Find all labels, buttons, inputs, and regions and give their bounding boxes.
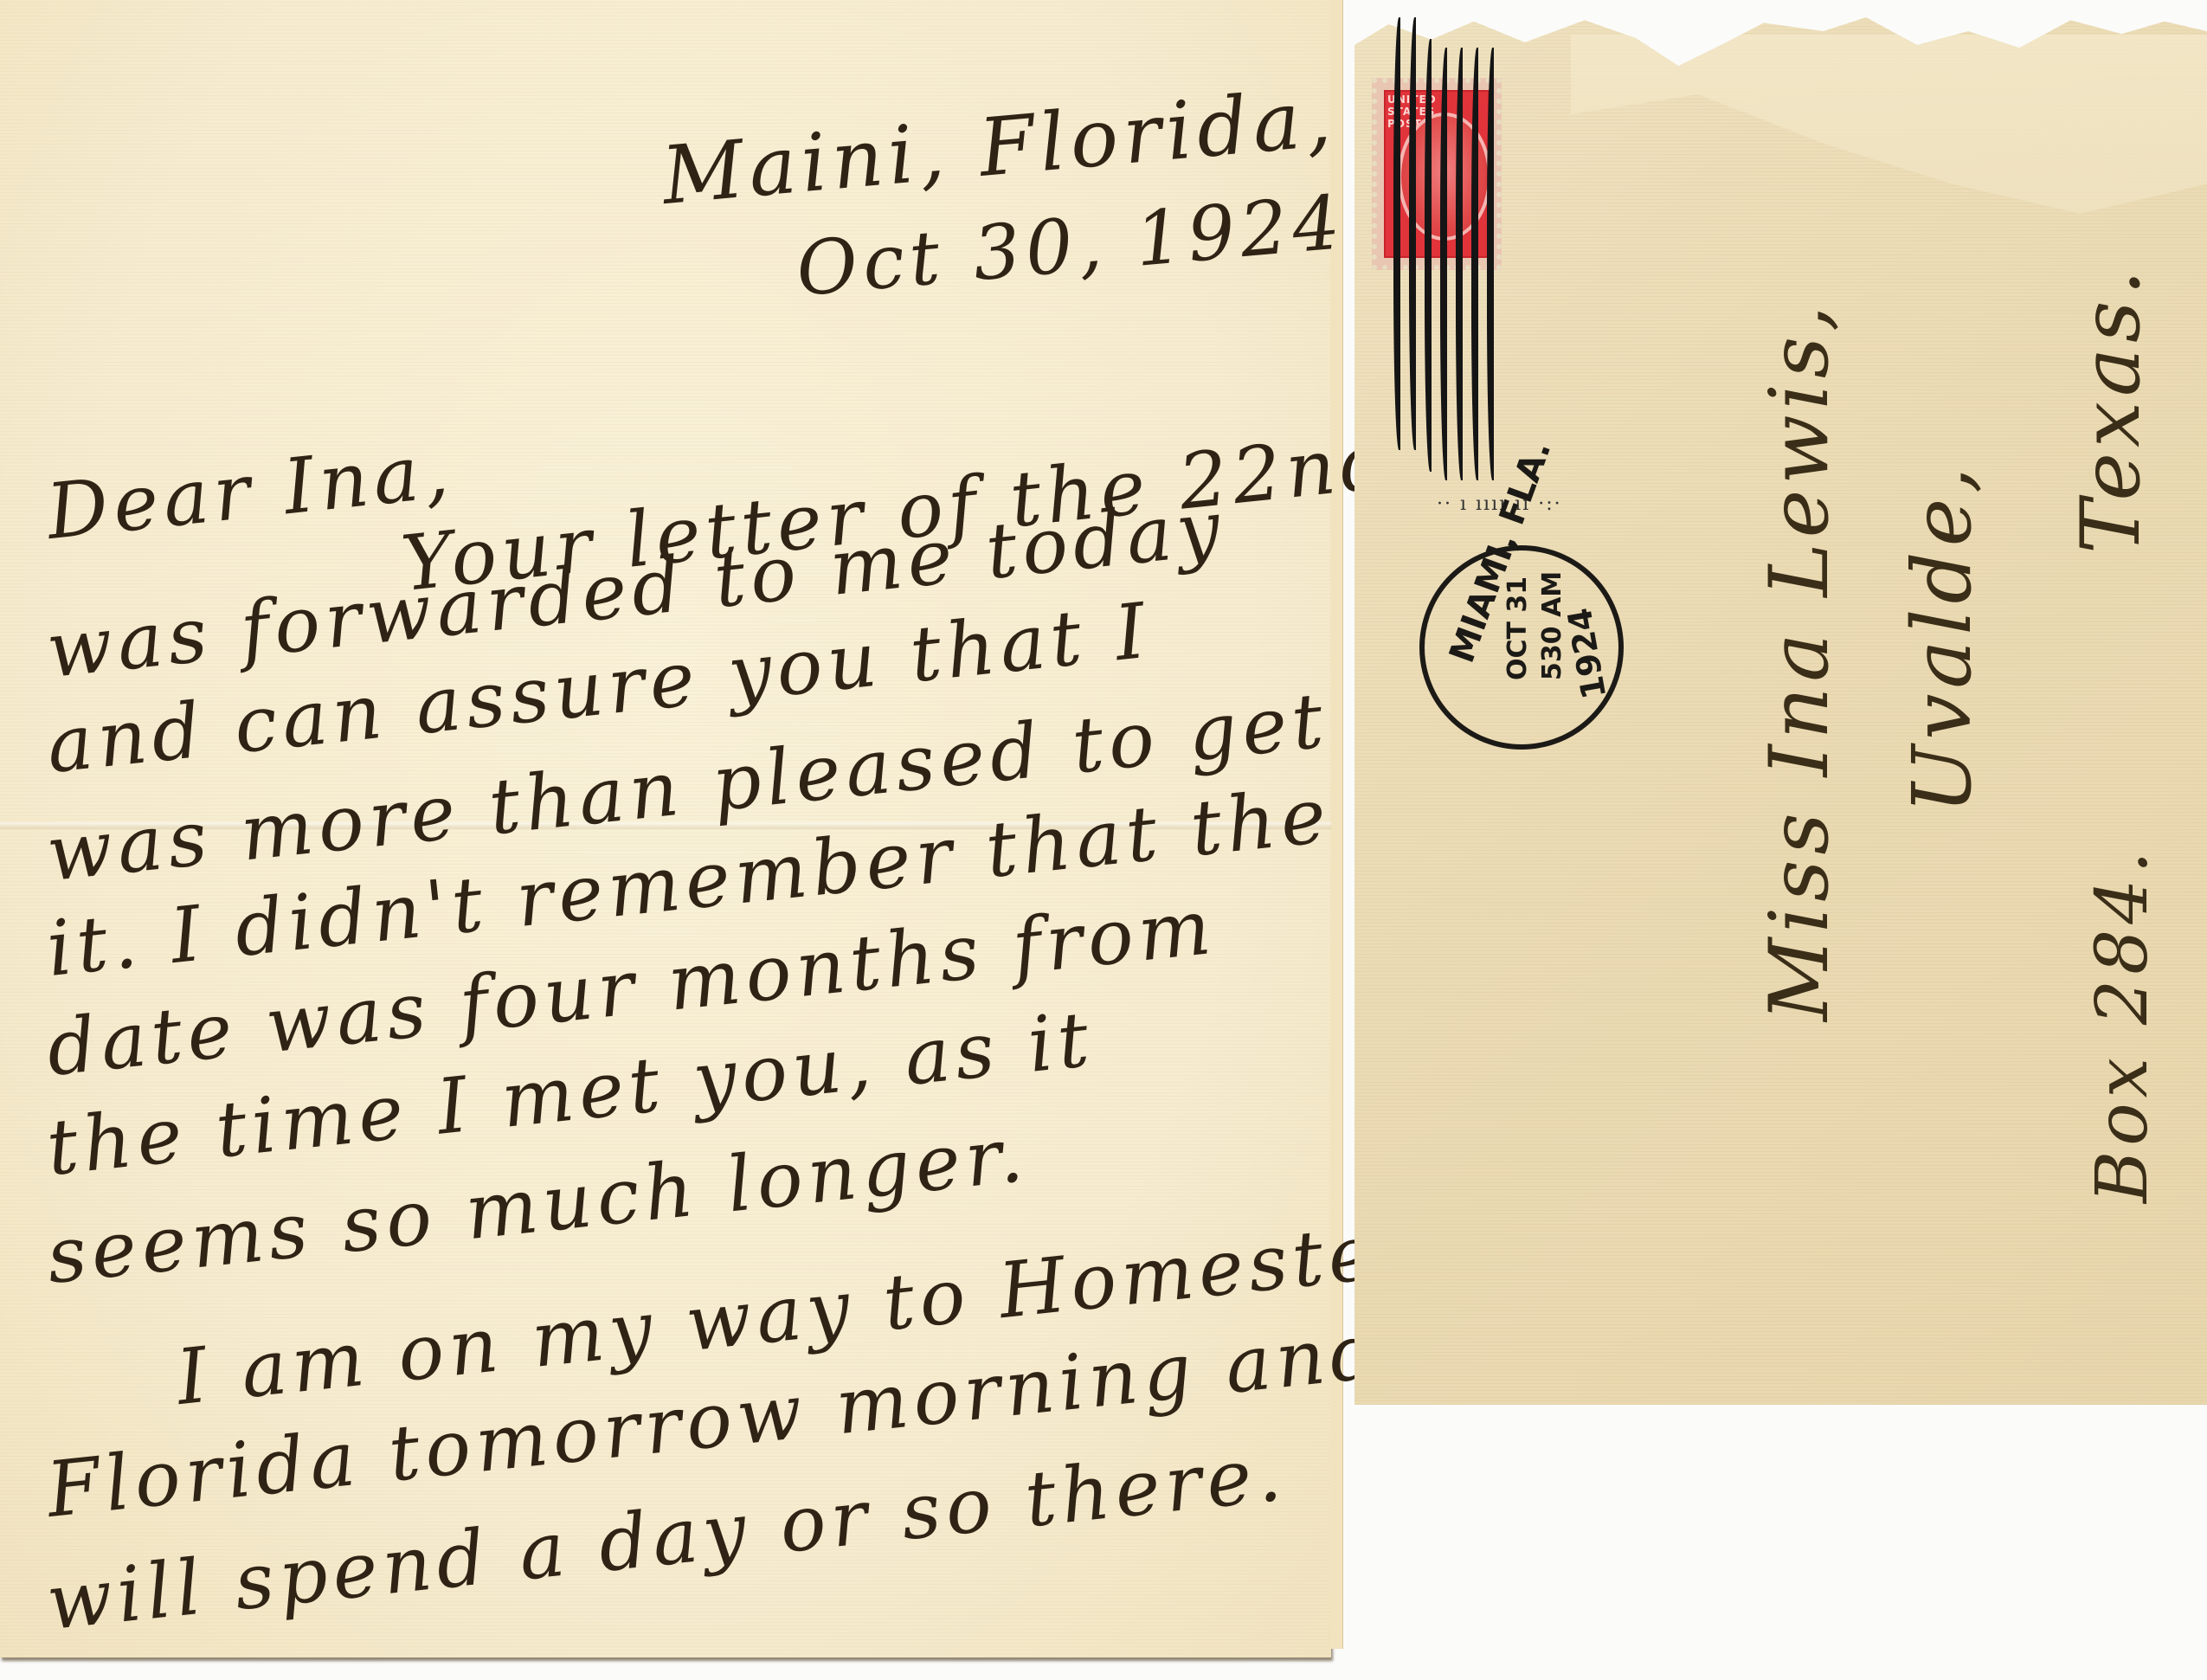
address-city: Uvalde, xyxy=(1895,462,1990,814)
cancellation-line xyxy=(1487,48,1501,480)
cancellation-line xyxy=(1425,39,1438,472)
address-state: Texas. xyxy=(2064,265,2159,554)
cancellation-line xyxy=(1440,48,1454,480)
address-box: Box 284. xyxy=(2082,846,2164,1203)
cancellation-line xyxy=(1409,17,1423,450)
address-name: Miss Ina Lewis, xyxy=(1753,300,1847,1021)
postmark-circle: MIAMI, FLA. OCT 31 530 AM 1924 xyxy=(1419,545,1624,750)
cancellation-line xyxy=(1471,48,1485,480)
postmark-year: 1924 xyxy=(1560,605,1614,702)
cancellation-line xyxy=(1393,17,1407,450)
handwritten-letter: Maini, Florida, Oct 30, 1924 Dear Ina, Y… xyxy=(0,0,1331,1657)
letter-salutation: Dear Ina, xyxy=(42,425,457,557)
postmark-date: OCT 31 xyxy=(1502,576,1533,680)
cancellation-line xyxy=(1456,48,1470,480)
torn-flap xyxy=(1571,35,2207,234)
